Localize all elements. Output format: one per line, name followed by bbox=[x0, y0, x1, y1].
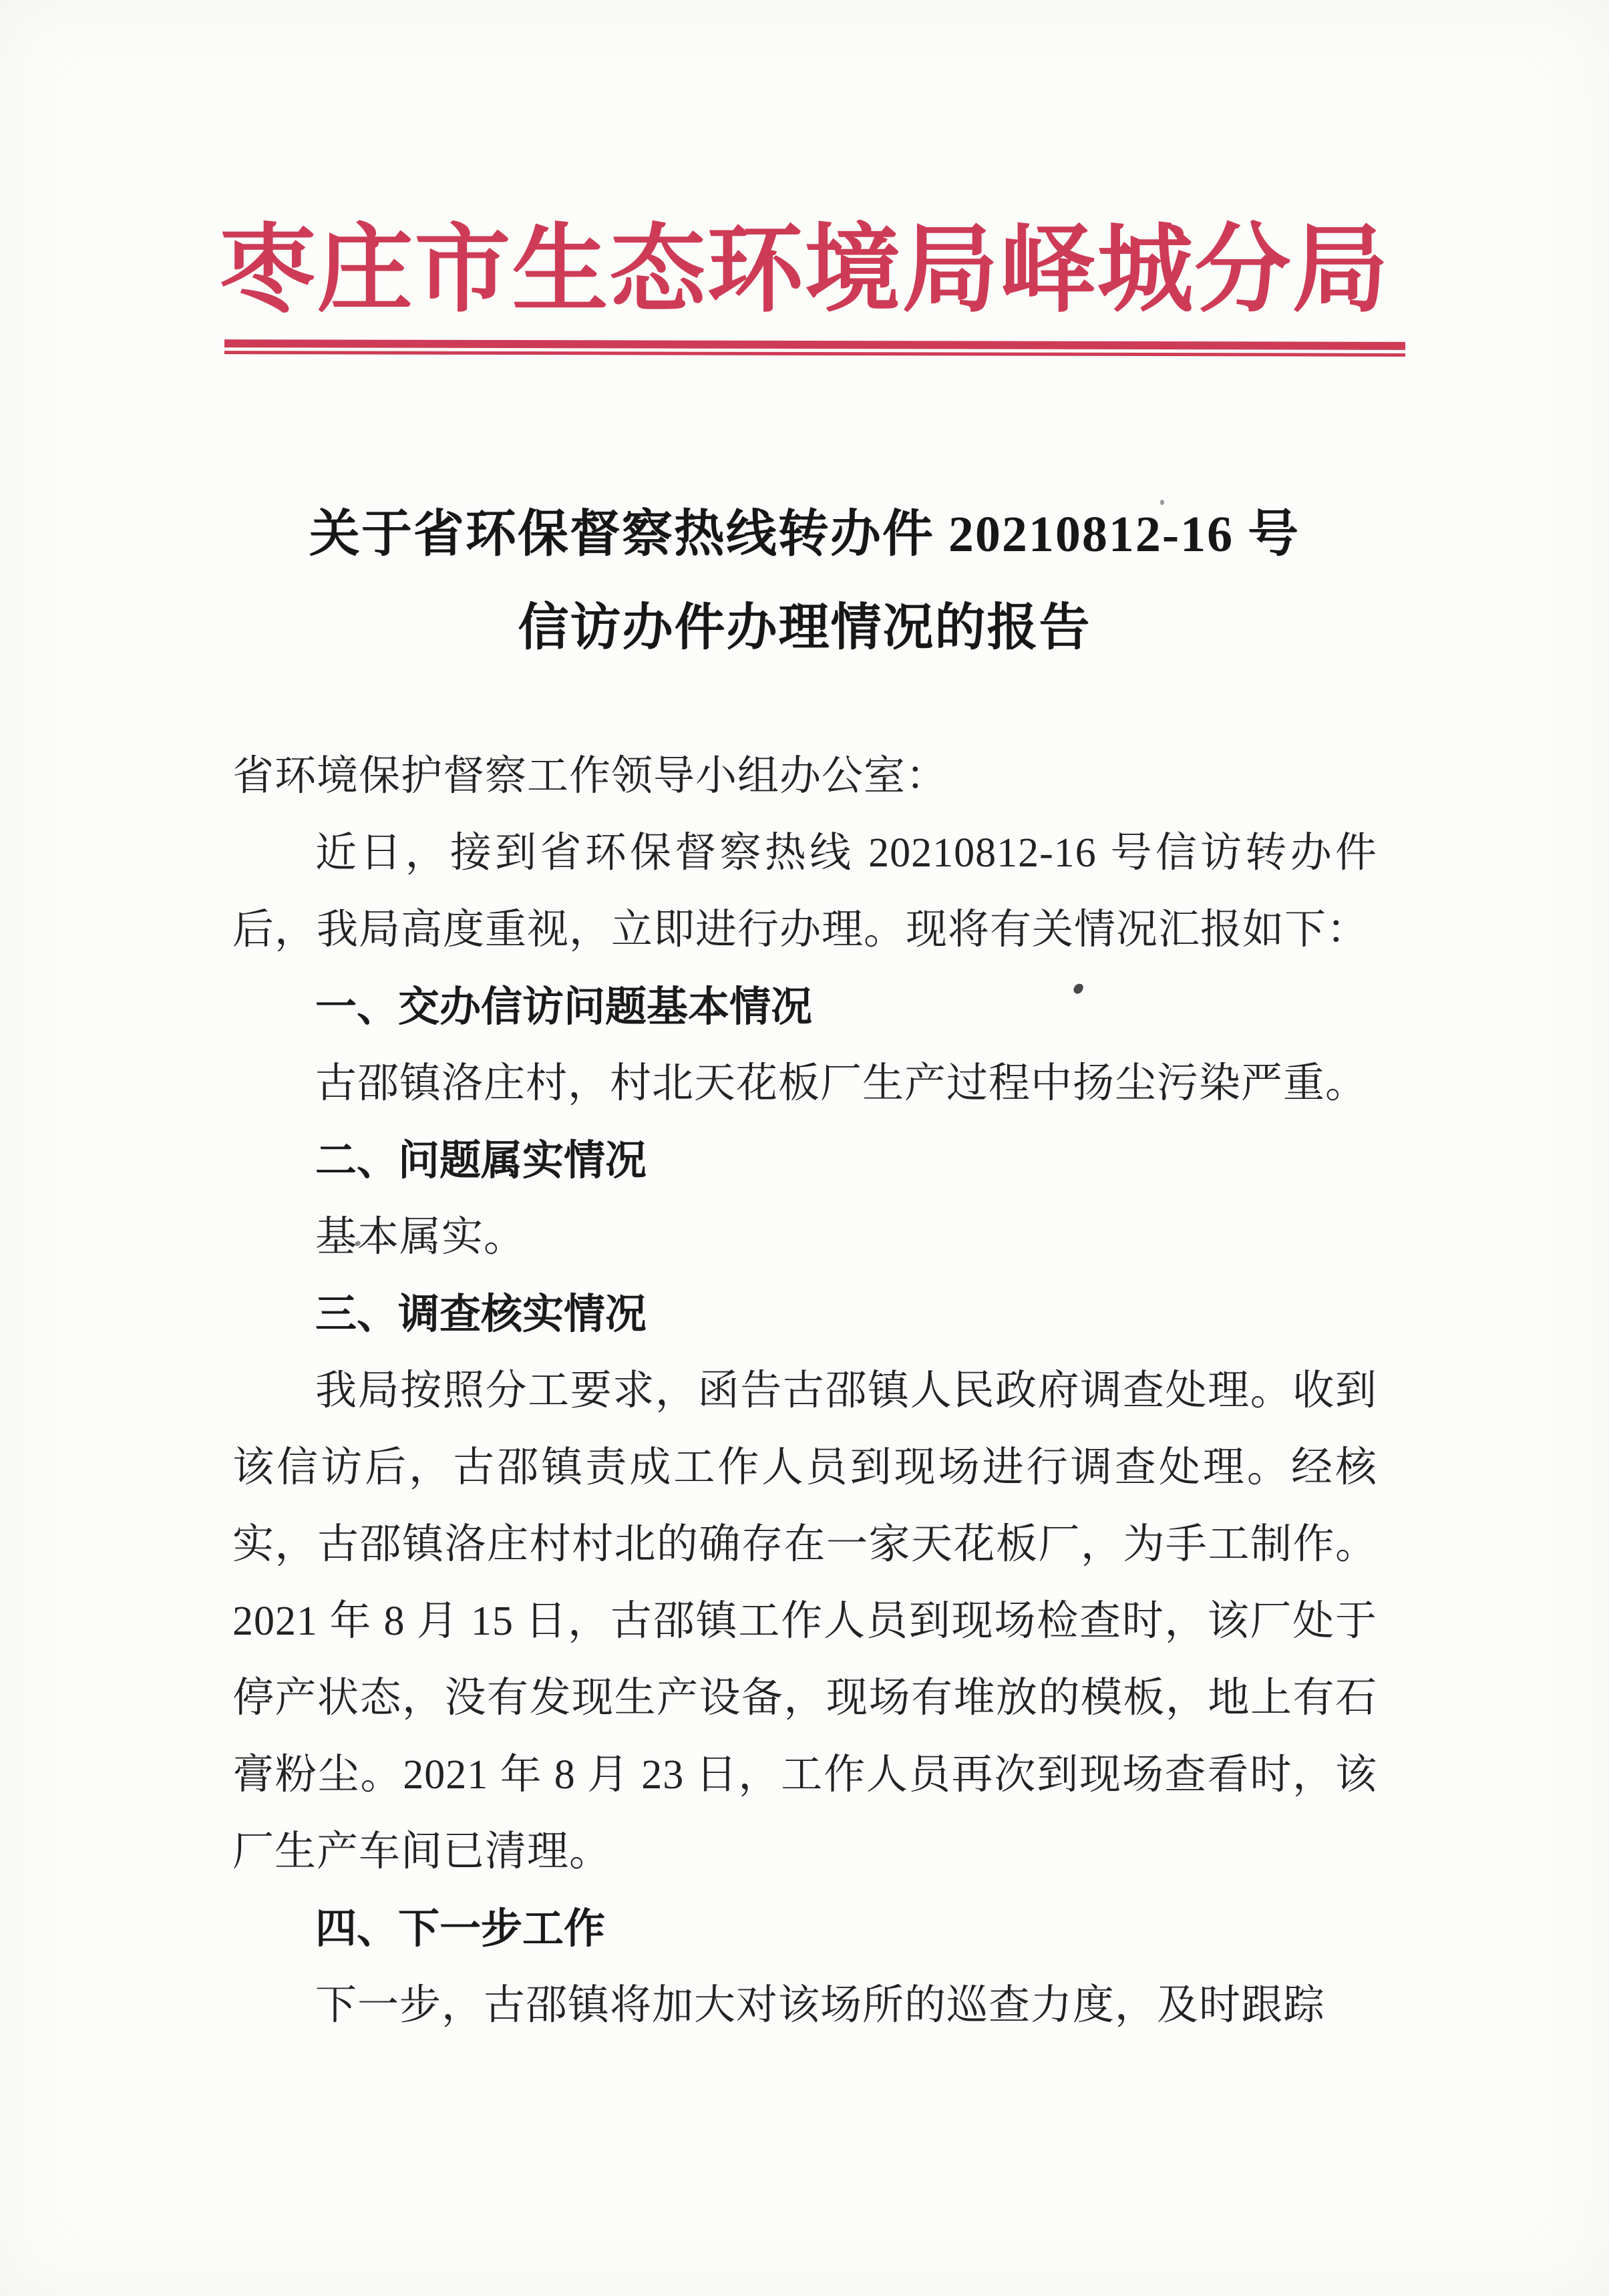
section-heading-2: 二、问题属实情况 bbox=[232, 1122, 1377, 1199]
document-body: 省环境保护督察工作领导小组办公室： 近日，接到省环保督察热线 20210812-… bbox=[232, 738, 1377, 2044]
scanned-document-page: 枣庄市生态环境局峄城分局 关于省环保督察热线转办件 20210812-16 号 … bbox=[0, 0, 1609, 2296]
paragraph-next-steps: 下一步，古邵镇将加大对该场所的巡查力度，及时跟踪 bbox=[232, 1967, 1377, 2044]
scan-speck bbox=[1160, 500, 1164, 505]
red-double-rule bbox=[224, 339, 1405, 357]
section-heading-4: 四、下一步工作 bbox=[232, 1891, 1377, 1967]
letterhead-title: 枣庄市生态环境局峄城分局 bbox=[0, 223, 1609, 319]
paragraph-investigation: 我局按照分工要求，函告古邵镇人民政府调查处理。收到该信访后，古邵镇责成工作人员到… bbox=[232, 1353, 1377, 1891]
paragraph-verification-result: 基本属实。 bbox=[232, 1199, 1377, 1276]
document-title-line-1: 关于省环保督察热线转办件 20210812-16 号 bbox=[0, 488, 1609, 581]
salutation-line: 省环境保护督察工作领导小组办公室： bbox=[232, 738, 1377, 815]
document-title-line-2: 信访办件办理情况的报告 bbox=[0, 581, 1609, 675]
document-title: 关于省环保督察热线转办件 20210812-16 号 信访办件办理情况的报告 bbox=[0, 488, 1609, 675]
section-heading-1: 一、交办信访问题基本情况 bbox=[232, 969, 1377, 1045]
section-heading-3: 三、调查核实情况 bbox=[232, 1276, 1377, 1353]
paragraph-intro: 近日，接到省环保督察热线 20210812-16 号信访转办件后，我局高度重视，… bbox=[232, 815, 1377, 969]
paragraph-complaint: 古邵镇洛庄村，村北天花板厂生产过程中扬尘污染严重。 bbox=[232, 1045, 1377, 1122]
